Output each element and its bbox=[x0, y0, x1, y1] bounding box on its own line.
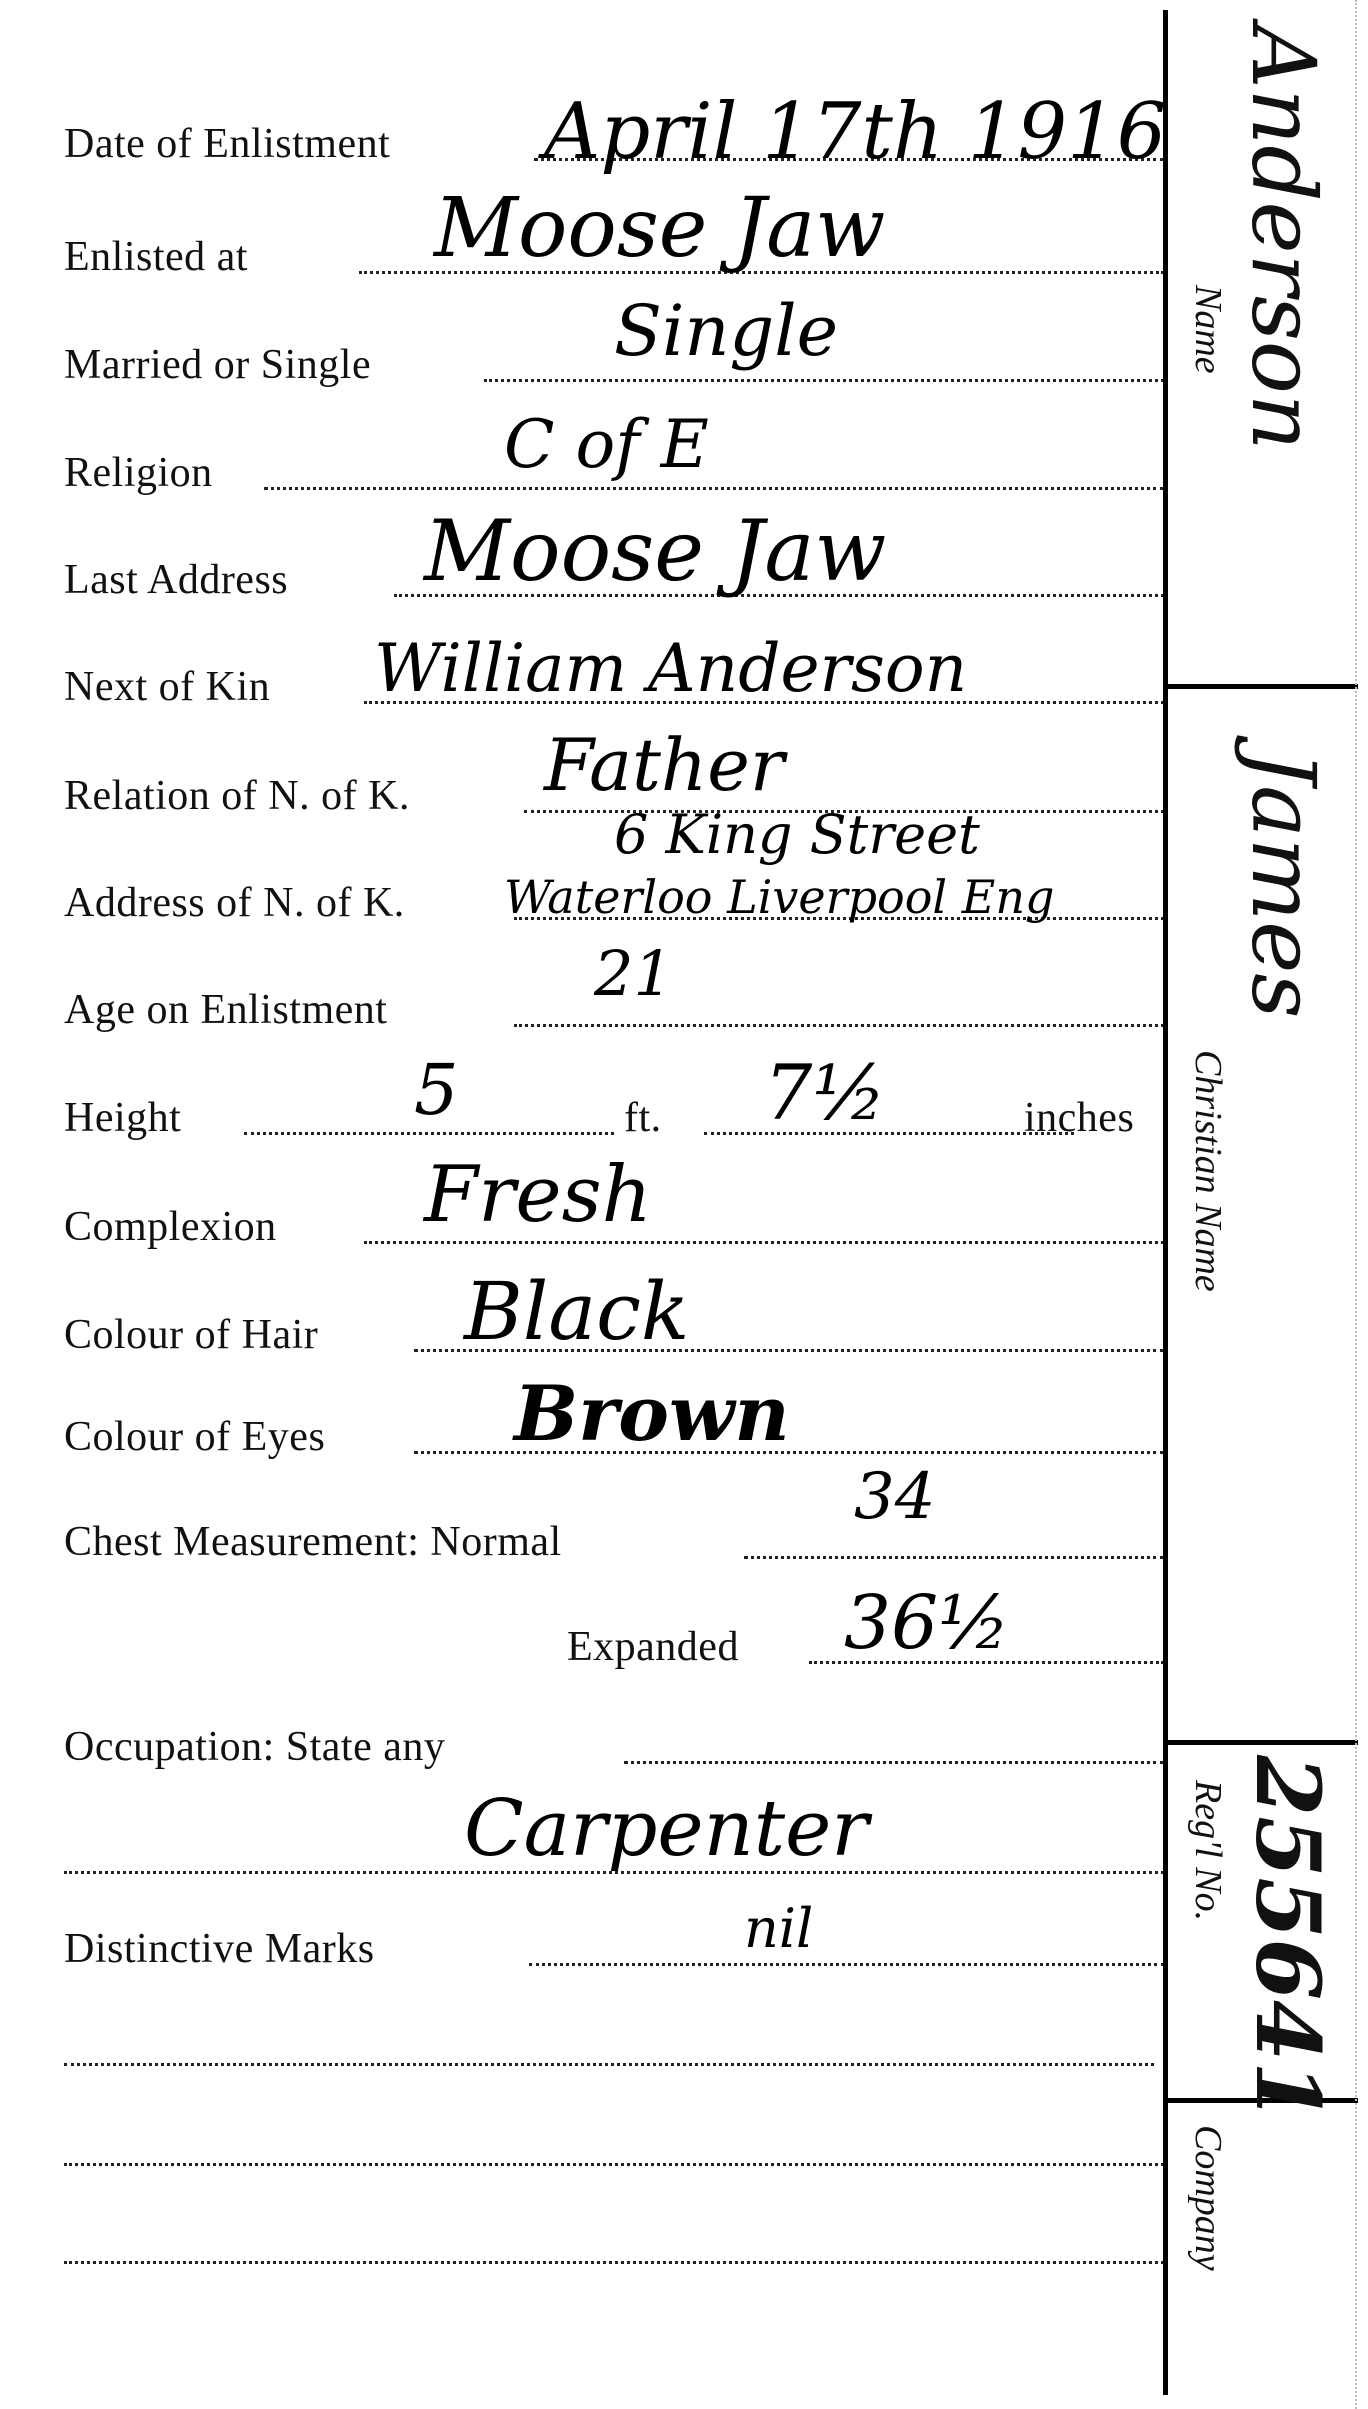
feet-unit: ft. bbox=[624, 1097, 662, 1139]
label: Next of Kin bbox=[64, 666, 270, 708]
dotted-line bbox=[364, 1241, 1164, 1244]
handwritten-value: Moose Jaw bbox=[424, 509, 886, 593]
main-vertical-rule bbox=[1163, 10, 1168, 2395]
field-enlisted-at: Enlisted at Moose Jaw bbox=[64, 218, 1164, 278]
field-chest-normal: Chest Measurement: Normal 34 bbox=[64, 1503, 1164, 1563]
field-married-or-single: Married or Single Single bbox=[64, 326, 1164, 386]
handwritten-value: Fresh bbox=[424, 1156, 652, 1234]
label: Expanded bbox=[567, 1626, 739, 1668]
christian-name-label: Christian Name bbox=[1186, 1050, 1230, 1292]
label: Religion bbox=[64, 452, 213, 494]
handwritten-value: April 17th 1916 bbox=[544, 93, 1166, 171]
handwritten-inches: 7½ bbox=[764, 1055, 886, 1131]
field-chest-expanded: Expanded 36½ bbox=[64, 1608, 1164, 1668]
blank-line-1 bbox=[64, 2010, 1164, 2070]
blank-line-3 bbox=[64, 2208, 1164, 2268]
label: Occupation: State any bbox=[64, 1726, 445, 1768]
label: Complexion bbox=[64, 1206, 277, 1248]
field-religion: Religion C of E bbox=[64, 434, 1164, 494]
dotted-line bbox=[64, 2163, 1164, 2166]
field-distinctive-marks: Distinctive Marks nil bbox=[64, 1910, 1164, 1970]
card-edge bbox=[1355, 0, 1359, 2409]
field-height: Height 5 ft. 7½ inches bbox=[64, 1079, 1164, 1139]
dotted-line bbox=[529, 1963, 1164, 1966]
handwritten-value-line2: Waterloo Liverpool Eng bbox=[504, 874, 1054, 920]
handwritten-value: C of E bbox=[504, 412, 709, 478]
handwritten-value-line1: 6 King Street bbox=[614, 808, 980, 862]
dotted-line bbox=[744, 1556, 1164, 1559]
handwritten-value: Black bbox=[464, 1272, 689, 1352]
company-label: Company bbox=[1186, 2125, 1230, 2271]
regl-no-label: Reg'l No. bbox=[1186, 1780, 1230, 1921]
inches-unit: inches bbox=[1024, 1097, 1134, 1139]
handwritten-value: Father bbox=[544, 729, 784, 801]
dotted-line bbox=[64, 2261, 1164, 2264]
dotted-line bbox=[624, 1761, 1164, 1764]
label: Date of Enlistment bbox=[64, 123, 390, 165]
label: Distinctive Marks bbox=[64, 1928, 375, 1970]
field-occupation-line2: Carpenter bbox=[64, 1818, 1164, 1878]
handwritten-value: 21 bbox=[594, 943, 673, 1005]
field-colour-of-eyes: Colour of Eyes Brown bbox=[64, 1398, 1164, 1458]
label: Chest Measurement: Normal bbox=[64, 1521, 562, 1563]
field-complexion: Complexion Fresh bbox=[64, 1188, 1164, 1248]
regl-no-value: 255641 bbox=[1236, 1755, 1340, 2122]
dotted-line-feet bbox=[244, 1132, 614, 1135]
christian-name-value: James bbox=[1232, 750, 1335, 1018]
label: Address of N. of K. bbox=[64, 882, 405, 924]
name-section-divider bbox=[1168, 684, 1358, 689]
handwritten-value: William Anderson bbox=[374, 636, 967, 702]
dotted-line bbox=[64, 2063, 1154, 2066]
label: Last Address bbox=[64, 559, 288, 601]
label: Colour of Eyes bbox=[64, 1416, 325, 1458]
christian-name-section-divider bbox=[1168, 1740, 1358, 1745]
field-last-address: Last Address Moose Jaw bbox=[64, 541, 1164, 601]
label: Colour of Hair bbox=[64, 1314, 318, 1356]
label: Relation of N. of K. bbox=[64, 775, 410, 817]
dotted-line bbox=[264, 487, 1164, 490]
handwritten-value: nil bbox=[744, 1902, 813, 1956]
handwritten-feet: 5 bbox=[414, 1055, 459, 1125]
handwritten-value: Moose Jaw bbox=[434, 188, 885, 270]
field-next-of-kin: Next of Kin William Anderson bbox=[64, 648, 1164, 708]
label: Age on Enlistment bbox=[64, 989, 387, 1031]
label: Enlisted at bbox=[64, 236, 248, 278]
field-address-of-nok: Address of N. of K. 6 King Street Waterl… bbox=[64, 864, 1164, 924]
dotted-line bbox=[484, 379, 1164, 382]
field-age-on-enlistment: Age on Enlistment 21 bbox=[64, 971, 1164, 1031]
field-date-of-enlistment: Date of Enlistment April 17th 1916 bbox=[64, 105, 1164, 165]
handwritten-value: 36½ bbox=[844, 1586, 1010, 1660]
field-colour-of-hair: Colour of Hair Black bbox=[64, 1296, 1164, 1356]
handwritten-value: Brown bbox=[514, 1376, 790, 1452]
label: Height bbox=[64, 1097, 181, 1139]
handwritten-value: Carpenter bbox=[464, 1790, 869, 1868]
label: Married or Single bbox=[64, 344, 371, 386]
field-occupation: Occupation: State any bbox=[64, 1708, 1164, 1768]
handwritten-value: Single bbox=[614, 296, 838, 366]
surname-value: Anderson bbox=[1232, 25, 1335, 451]
handwritten-value: 34 bbox=[854, 1465, 935, 1529]
dotted-line-inches bbox=[704, 1132, 1074, 1135]
name-label: Name bbox=[1186, 285, 1230, 374]
blank-line-2 bbox=[64, 2110, 1164, 2170]
dotted-line bbox=[514, 1024, 1164, 1027]
